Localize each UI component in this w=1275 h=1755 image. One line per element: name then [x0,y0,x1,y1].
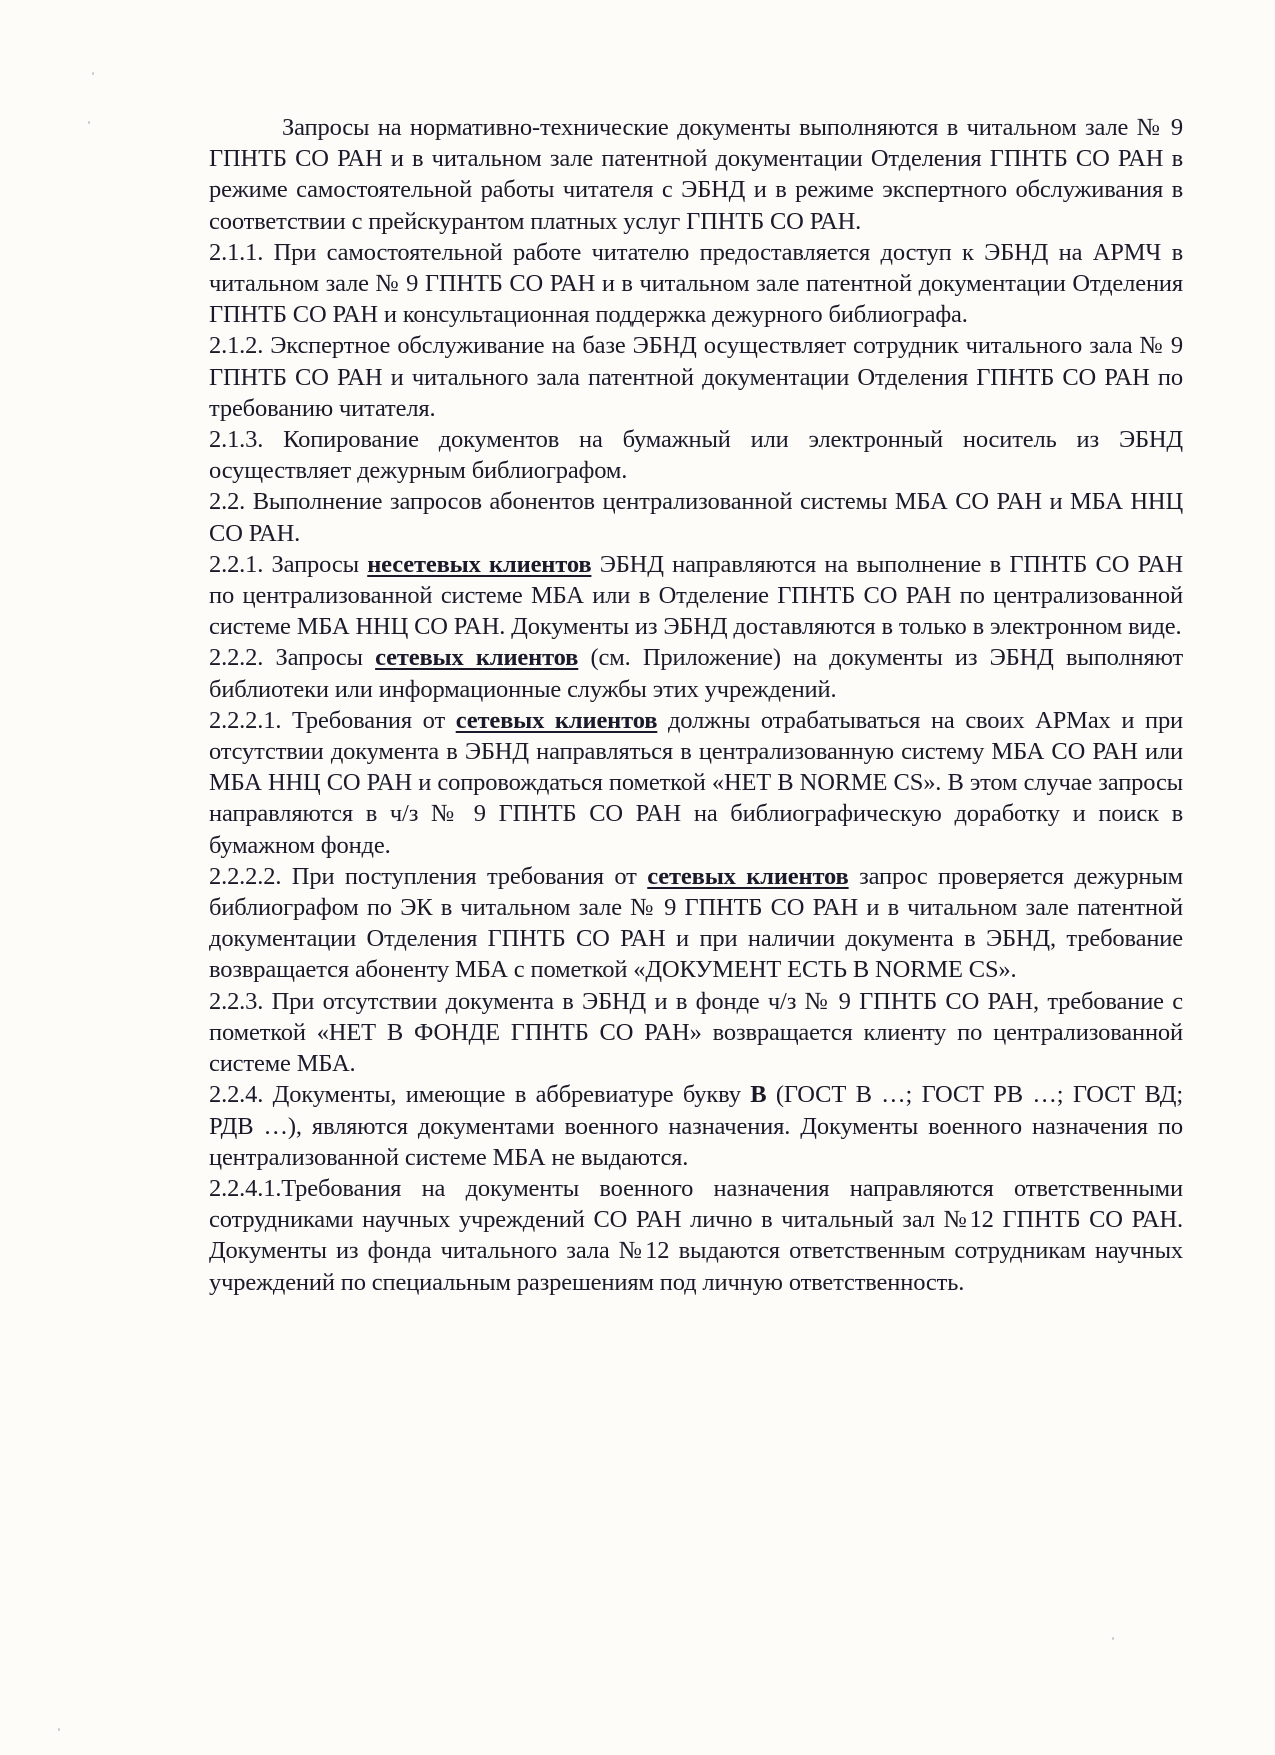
paragraph-text: Запросы на нормативно-технические докуме… [209,114,1183,235]
paragraph-2-2-2-1: 2.2.2.1. Требования от сетевых клиентов … [209,705,1183,861]
paragraph-text: 2.2.1. Запросы [209,551,367,578]
scan-speck [58,1728,60,1731]
emphasis-network-clients: сетевых клиентов [375,644,578,671]
paragraph-2-2-4-1: 2.2.4.1.Требования на документы военного… [209,1173,1183,1298]
paragraph-2-2-3: 2.2.3. При отсутствии документа в ЭБНД и… [209,986,1183,1080]
emphasis-nonnetwork-clients: несетевых клиентов [367,551,591,578]
paragraph-2-1-3: 2.1.3. Копирование документов на бумажны… [209,424,1183,486]
paragraph-text: 2.1.3. Копирование документов на бумажны… [209,426,1183,484]
paragraph-2-2-1: 2.2.1. Запросы несетевых клиентов ЭБНД н… [209,549,1183,643]
paragraph-intro: Запросы на нормативно-технические докуме… [209,112,1183,237]
paragraph-text: 2.2.4.1.Требования на документы военного… [209,1175,1183,1296]
document-page: Запросы на нормативно-технические докуме… [209,112,1183,1298]
paragraph-text: 2.2.2.1. Требования от [209,707,456,734]
paragraph-text: 2.2. Выполнение запросов абонентов центр… [209,488,1183,546]
paragraph-text: 2.1.2. Экспертное обслуживание на базе Э… [209,332,1183,421]
paragraph-text: 2.1.1. При самостоятельной работе читате… [209,239,1183,328]
paragraph-2-2-2-2: 2.2.2.2. При поступления требования от с… [209,861,1183,986]
scan-speck [1112,1637,1114,1640]
paragraph-2-1-1: 2.1.1. При самостоятельной работе читате… [209,237,1183,331]
scan-speck [92,72,94,75]
emphasis-network-clients: сетевых клиентов [647,863,848,890]
paragraph-text: 2.2.4. Документы, имеющие в аббревиатуре… [209,1081,750,1108]
paragraph-2-1-2: 2.1.2. Экспертное обслуживание на базе Э… [209,330,1183,424]
paragraph-text: 2.2.2.2. При поступления требования от [209,863,647,890]
paragraph-2-2-4: 2.2.4. Документы, имеющие в аббревиатуре… [209,1079,1183,1173]
paragraph-text: 2.2.2. Запросы [209,644,375,671]
emphasis-network-clients: сетевых клиентов [456,707,658,734]
emphasis-letter-v: В [750,1081,766,1108]
scan-speck [88,121,90,124]
paragraph-2-2: 2.2. Выполнение запросов абонентов центр… [209,486,1183,548]
paragraph-text: 2.2.3. При отсутствии документа в ЭБНД и… [209,988,1183,1077]
paragraph-2-2-2: 2.2.2. Запросы сетевых клиентов (см. При… [209,642,1183,704]
